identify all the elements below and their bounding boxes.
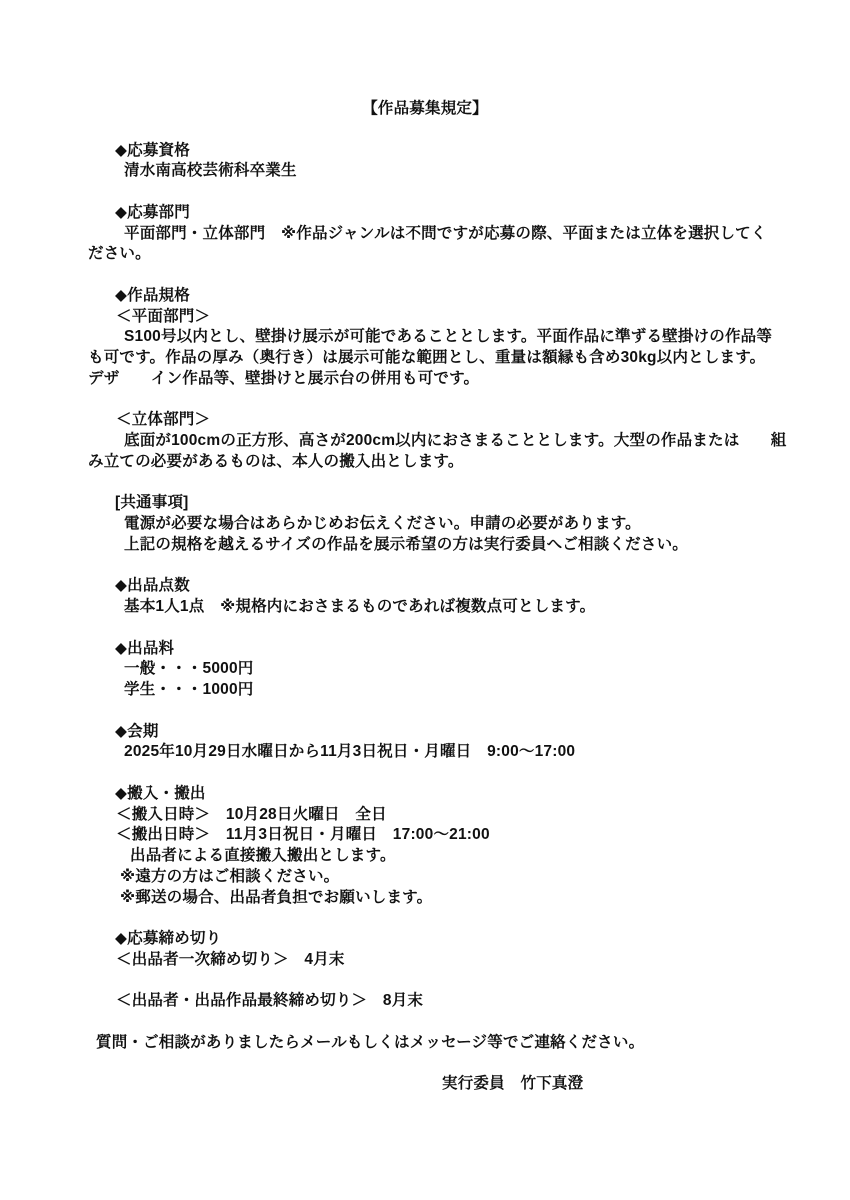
- doc-line: ＜出品者一次締め切り＞ 4月末: [88, 950, 762, 971]
- doc-line: ＜搬入日時＞ 10月28日火曜日 全日: [88, 805, 762, 826]
- doc-line: ※郵送の場合、出品者負担でお願いします。: [88, 888, 762, 909]
- document-body: 【作品募集規定】 ◆応募資格 清水南高校芸術科卒業生 ◆応募部門 平面部門・立体…: [88, 99, 762, 1095]
- doc-line: ※遠方の方はご相談ください。: [88, 867, 762, 888]
- blank-line: [88, 1012, 762, 1033]
- section-heading: ◆出品料: [88, 639, 762, 660]
- doc-line: 学生・・・1000円: [88, 680, 762, 701]
- blank-line: [88, 556, 762, 577]
- section-heading: ◆会期: [88, 722, 762, 743]
- doc-line: 2025年10月29日水曜日から11月3日祝日・月曜日 9:00～17:00: [88, 742, 762, 763]
- doc-line: S100号以内とし、壁掛け展示が可能であることとします。平面作品に準ずる壁掛けの…: [88, 327, 762, 348]
- doc-line: 基本1人1点 ※規格内におさまるものであれば複数点可とします。: [88, 597, 762, 618]
- blank-line: [88, 182, 762, 203]
- blank-line: [88, 390, 762, 411]
- doc-line: ＜出品者・出品作品最終締め切り＞ 8月末: [88, 991, 762, 1012]
- subsection-heading: ＜平面部門＞: [88, 307, 762, 328]
- doc-line: も可です。作品の厚み（奥行き）は展示可能な範囲とし、重量は額縁も含め30kg以内…: [88, 348, 762, 369]
- doc-line: 電源が必要な場合はあらかじめお伝えください。申請の必要があります。: [88, 514, 762, 535]
- section-heading: [共通事項]: [88, 493, 762, 514]
- section-heading: ◆作品規格: [88, 286, 762, 307]
- section-heading: ◆応募部門: [88, 203, 762, 224]
- blank-line: [88, 265, 762, 286]
- blank-line: [88, 971, 762, 992]
- document-title: 【作品募集規定】: [88, 99, 762, 120]
- section-heading: ◆出品点数: [88, 576, 762, 597]
- blank-line: [88, 473, 762, 494]
- doc-line: み立ての必要があるものは、本人の搬入出とします。: [88, 452, 762, 473]
- doc-line: デザ イン作品等、壁掛けと展示台の併用も可です。: [88, 369, 762, 390]
- section-heading: ◆搬入・搬出: [88, 784, 762, 805]
- section-heading: ◆応募締め切り: [88, 929, 762, 950]
- section-heading: ◆応募資格: [88, 141, 762, 162]
- blank-line: [88, 908, 762, 929]
- doc-line: 一般・・・5000円: [88, 659, 762, 680]
- blank-line: [88, 1054, 762, 1075]
- doc-line: 質問・ご相談がありましたらメールもしくはメッセージ等でご連絡ください。: [88, 1033, 762, 1054]
- document-page: 【作品募集規定】 ◆応募資格 清水南高校芸術科卒業生 ◆応募部門 平面部門・立体…: [0, 0, 850, 1200]
- blank-line: [88, 763, 762, 784]
- doc-line: 平面部門・立体部門 ※作品ジャンルは不問ですが応募の際、平面または立体を選択して…: [88, 224, 762, 245]
- doc-line: ＜搬出日時＞ 11月3日祝日・月曜日 17:00～21:00: [88, 825, 762, 846]
- blank-line: [88, 618, 762, 639]
- signature: 実行委員 竹下真澄: [88, 1074, 762, 1095]
- blank-line: [88, 120, 762, 141]
- subsection-heading: ＜立体部門＞: [88, 410, 762, 431]
- blank-line: [88, 701, 762, 722]
- doc-line: ださい。: [88, 244, 762, 265]
- doc-line: 上記の規格を越えるサイズの作品を展示希望の方は実行委員へご相談ください。: [88, 535, 762, 556]
- doc-line: 清水南高校芸術科卒業生: [88, 161, 762, 182]
- doc-line: 出品者による直接搬入搬出とします。: [88, 846, 762, 867]
- doc-line: 底面が100cmの正方形、高さが200cm以内におさまることとします。大型の作品…: [88, 431, 762, 452]
